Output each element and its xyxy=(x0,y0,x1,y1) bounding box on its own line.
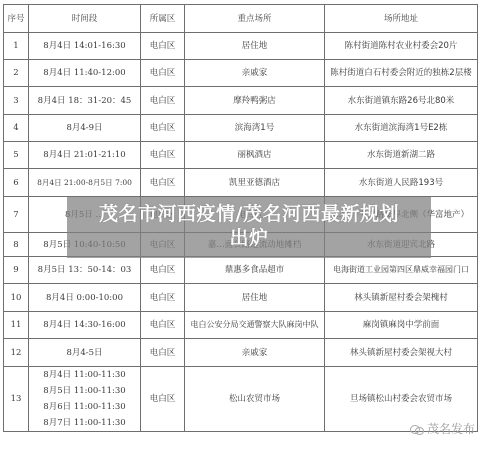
row-place: 亲戚家 xyxy=(185,60,325,87)
row-district: 电白区 xyxy=(141,367,185,432)
row-time: 8月4日 0:00-10:00 xyxy=(29,284,141,312)
row-time: 8月4日 14:30-16:00 xyxy=(29,312,141,339)
header-address: 场所地址 xyxy=(325,5,478,33)
row-time: 8月4-9日 xyxy=(29,115,141,142)
row-address: 水东街道新湖二路 xyxy=(325,142,478,169)
row-time: 8月4-5日 xyxy=(29,339,141,367)
title-line-1: 茂名市河西疫情/茂名河西最新规划 xyxy=(67,202,431,226)
row-time: 8月6日 11:00-11:30 xyxy=(31,399,138,415)
row-place: 丽枫酒店 xyxy=(185,142,325,169)
row-no: 7 xyxy=(4,197,29,233)
row-place: 凯里亚德酒店 xyxy=(185,169,325,197)
row-no: 10 xyxy=(4,284,29,312)
row-district: 电白区 xyxy=(141,284,185,312)
row-place: 摩羚鸭粥店 xyxy=(185,87,325,115)
row-address: 林头镇新屋村委会架视大村 xyxy=(325,339,478,367)
row-place: 居住地 xyxy=(185,33,325,60)
table-row: 1 8月4日 14:01-16:30 电白区 居住地 陈村街道陈村农业村委会20… xyxy=(4,33,478,60)
row-district: 电白区 xyxy=(141,257,185,284)
header-time: 时间段 xyxy=(29,5,141,33)
table-row: 10 8月4日 0:00-10:00 电白区 居住地 林头镇新屋村委会架槐村 xyxy=(4,284,478,312)
row-district: 电白区 xyxy=(141,115,185,142)
row-no: 4 xyxy=(4,115,29,142)
row-no: 9 xyxy=(4,257,29,284)
watermark-text: 茂名发布 xyxy=(427,420,475,437)
row-place: 电白公安分局交通警察大队麻岗中队 xyxy=(185,312,325,339)
row-place: 居住地 xyxy=(185,284,325,312)
row-district: 电白区 xyxy=(141,33,185,60)
row-district: 电白区 xyxy=(141,169,185,197)
row-address: 水东街道人民路193号 xyxy=(325,169,478,197)
table-row: 3 8月4日 18：31-20：45 电白区 摩羚鸭粥店 水东街道镇东路26号北… xyxy=(4,87,478,115)
row-place: 鼎惠多食品超市 xyxy=(185,257,325,284)
row-time: 8月4日 14:01-16:30 xyxy=(29,33,141,60)
row-district: 电白区 xyxy=(141,87,185,115)
row-district: 电白区 xyxy=(141,312,185,339)
row-place: 亲戚家 xyxy=(185,339,325,367)
source-watermark: 茂名发布 xyxy=(410,420,475,437)
table-row: 11 8月4日 14:30-16:00 电白区 电白公安分局交通警察大队麻岗中队… xyxy=(4,312,478,339)
table-row: 12 8月4-5日 电白区 亲戚家 林头镇新屋村委会架视大村 xyxy=(4,339,478,367)
title-line-2: 出炉 xyxy=(67,226,431,250)
header-place: 重点场所 xyxy=(185,5,325,33)
header-no: 序号 xyxy=(4,5,29,33)
row-address: 水东街道镇东路26号北80米 xyxy=(325,87,478,115)
row-no: 11 xyxy=(4,312,29,339)
row-place: 松山农贸市场 xyxy=(185,367,325,432)
row-time: 8月4日 11:00-11:30 xyxy=(31,367,138,383)
table-row: 6 8月4日 21:00-8月5日 7:00 电白区 凯里亚德酒店 水东街道人民… xyxy=(4,169,478,197)
row-no: 8 xyxy=(4,233,29,257)
row-no: 13 xyxy=(4,367,29,432)
row-time: 8月4日 21:01-21:10 xyxy=(29,142,141,169)
row-place: 滨海湾1号 xyxy=(185,115,325,142)
table-header-row: 序号 时间段 所属区 重点场所 场所地址 xyxy=(4,5,478,33)
row-district: 电白区 xyxy=(141,60,185,87)
table-row: 9 8月5日 13：50-14：03 电白区 鼎惠多食品超市 电海街道工业园第四… xyxy=(4,257,478,284)
row-time: 8月5日 11:00-11:30 xyxy=(31,383,138,399)
article-title-overlay: 茂名市河西疫情/茂名河西最新规划 出炉 xyxy=(67,197,431,258)
row-address: 电海街道工业园第四区鼎威幸福园门口 xyxy=(325,257,478,284)
wechat-icon xyxy=(410,424,424,434)
table-row: 13 8月4日 11:00-11:30 8月5日 11:00-11:30 8月6… xyxy=(4,367,478,432)
row-time: 8月5日 13：50-14：03 xyxy=(29,257,141,284)
row-no: 3 xyxy=(4,87,29,115)
row-time: 8月7日 11:00-11:30 xyxy=(31,415,138,431)
table-row: 5 8月4日 21:01-21:10 电白区 丽枫酒店 水东街道新湖二路 xyxy=(4,142,478,169)
row-no: 2 xyxy=(4,60,29,87)
row-address: 陈村街道白石村委会附近的独栋2层楼 xyxy=(325,60,478,87)
row-address: 陈村街道陈村农业村委会20片 xyxy=(325,33,478,60)
row-district: 电白区 xyxy=(141,339,185,367)
row-address: 麻岗镇麻岗中学前面 xyxy=(325,312,478,339)
row-no: 12 xyxy=(4,339,29,367)
row-address: 林头镇新屋村委会架槐村 xyxy=(325,284,478,312)
row-address: 水东街道滨海湾1号E2栋 xyxy=(325,115,478,142)
header-district: 所属区 xyxy=(141,5,185,33)
row-district: 电白区 xyxy=(141,142,185,169)
row-no: 1 xyxy=(4,33,29,60)
row-time: 8月4日 18：31-20：45 xyxy=(29,87,141,115)
table-row: 4 8月4-9日 电白区 滨海湾1号 水东街道滨海湾1号E2栋 xyxy=(4,115,478,142)
table-row: 2 8月4日 11:40-12:00 电白区 亲戚家 陈村街道白石村委会附近的独… xyxy=(4,60,478,87)
row-time: 8月4日 21:00-8月5日 7:00 xyxy=(29,169,141,197)
row-time-list: 8月4日 11:00-11:30 8月5日 11:00-11:30 8月6日 1… xyxy=(29,367,141,432)
row-no: 6 xyxy=(4,169,29,197)
row-time: 8月4日 11:40-12:00 xyxy=(29,60,141,87)
row-no: 5 xyxy=(4,142,29,169)
